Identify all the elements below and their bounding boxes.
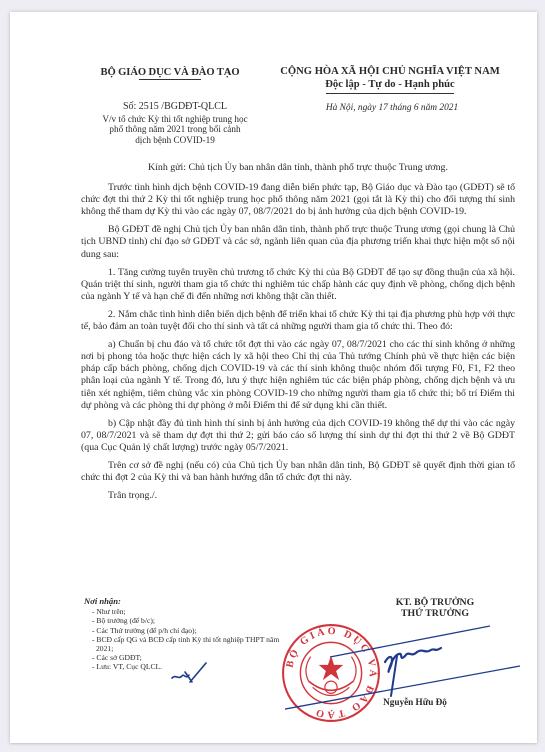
place-date: Hà Nội, ngày 17 tháng 6 năm 2021 [272,103,512,113]
recipient-item: - Các Thứ trưởng (để p/h chỉ đạo); [92,626,284,635]
document-page: BỘ GIÁO DỤC VÀ ĐÀO TẠO CỘNG HÒA XÃ HỘI C… [10,12,537,743]
issuer-name: BỘ GIÁO DỤC VÀ ĐÀO TẠO [80,67,260,78]
body-paragraph: 2. Nắm chắc tình hình diễn biến dịch bện… [81,309,515,333]
subject-line: dịch bệnh COVID-19 [80,135,270,146]
body-paragraph: 1. Tăng cường tuyên truyền chủ trương tổ… [81,267,515,303]
initials-mark [170,660,210,686]
body-paragraph: Trên cơ sở đề nghị (nếu có) của Chủ tịch… [81,460,515,484]
recipients-title: Nơi nhận: [84,597,284,606]
closing: Trân trọng./. [81,490,515,502]
subject-line: V/v tổ chức Kỳ thi tốt nghiệp trung học [80,114,270,125]
country-name: CỘNG HÒA XÃ HỘI CHỦ NGHĨA VIỆT NAM [265,65,515,78]
document-number: Số: 2515 /BGDĐT-QLCL [80,102,270,113]
document-reference: Số: 2515 /BGDĐT-QLCL V/v tổ chức Kỳ thi … [80,102,270,145]
issuer-header: BỘ GIÁO DỤC VÀ ĐÀO TẠO [80,67,260,80]
recipient-item: - Bộ trưởng (để b/c); [92,616,284,625]
body-paragraph: b) Cập nhật đầy đủ tình hình thí sinh bị… [81,418,515,454]
greeting: Kính gửi: Chủ tịch Ủy ban nhân dân tỉnh,… [81,162,515,174]
motto-underline [326,93,454,94]
body-paragraph: a) Chuẩn bị chu đáo và tổ chức tốt đợt t… [81,339,515,412]
letter-body: Kính gửi: Chủ tịch Ủy ban nhân dân tỉnh,… [81,162,515,508]
issuer-underline [139,79,201,80]
national-header: CỘNG HÒA XÃ HỘI CHỦ NGHĨA VIỆT NAM Độc l… [265,65,515,94]
body-paragraph: Bộ GDĐT đề nghị Chủ tịch Ủy ban nhân dân… [81,224,515,260]
recipient-item: - Như trên; [92,607,284,616]
national-motto: Độc lập - Tự do - Hạnh phúc [265,78,515,91]
body-paragraph: Trước tình hình dịch bệnh COVID-19 đang … [81,182,515,218]
recipient-item: - BCĐ cấp QG và BCĐ cấp tỉnh Kỳ thi tốt … [92,635,284,653]
signature-title: KT. BỘ TRƯỞNG [340,597,530,608]
subject-line: phổ thông năm 2021 trong bối cảnh [80,124,270,135]
signer-name: Nguyễn Hữu Độ [355,697,475,707]
